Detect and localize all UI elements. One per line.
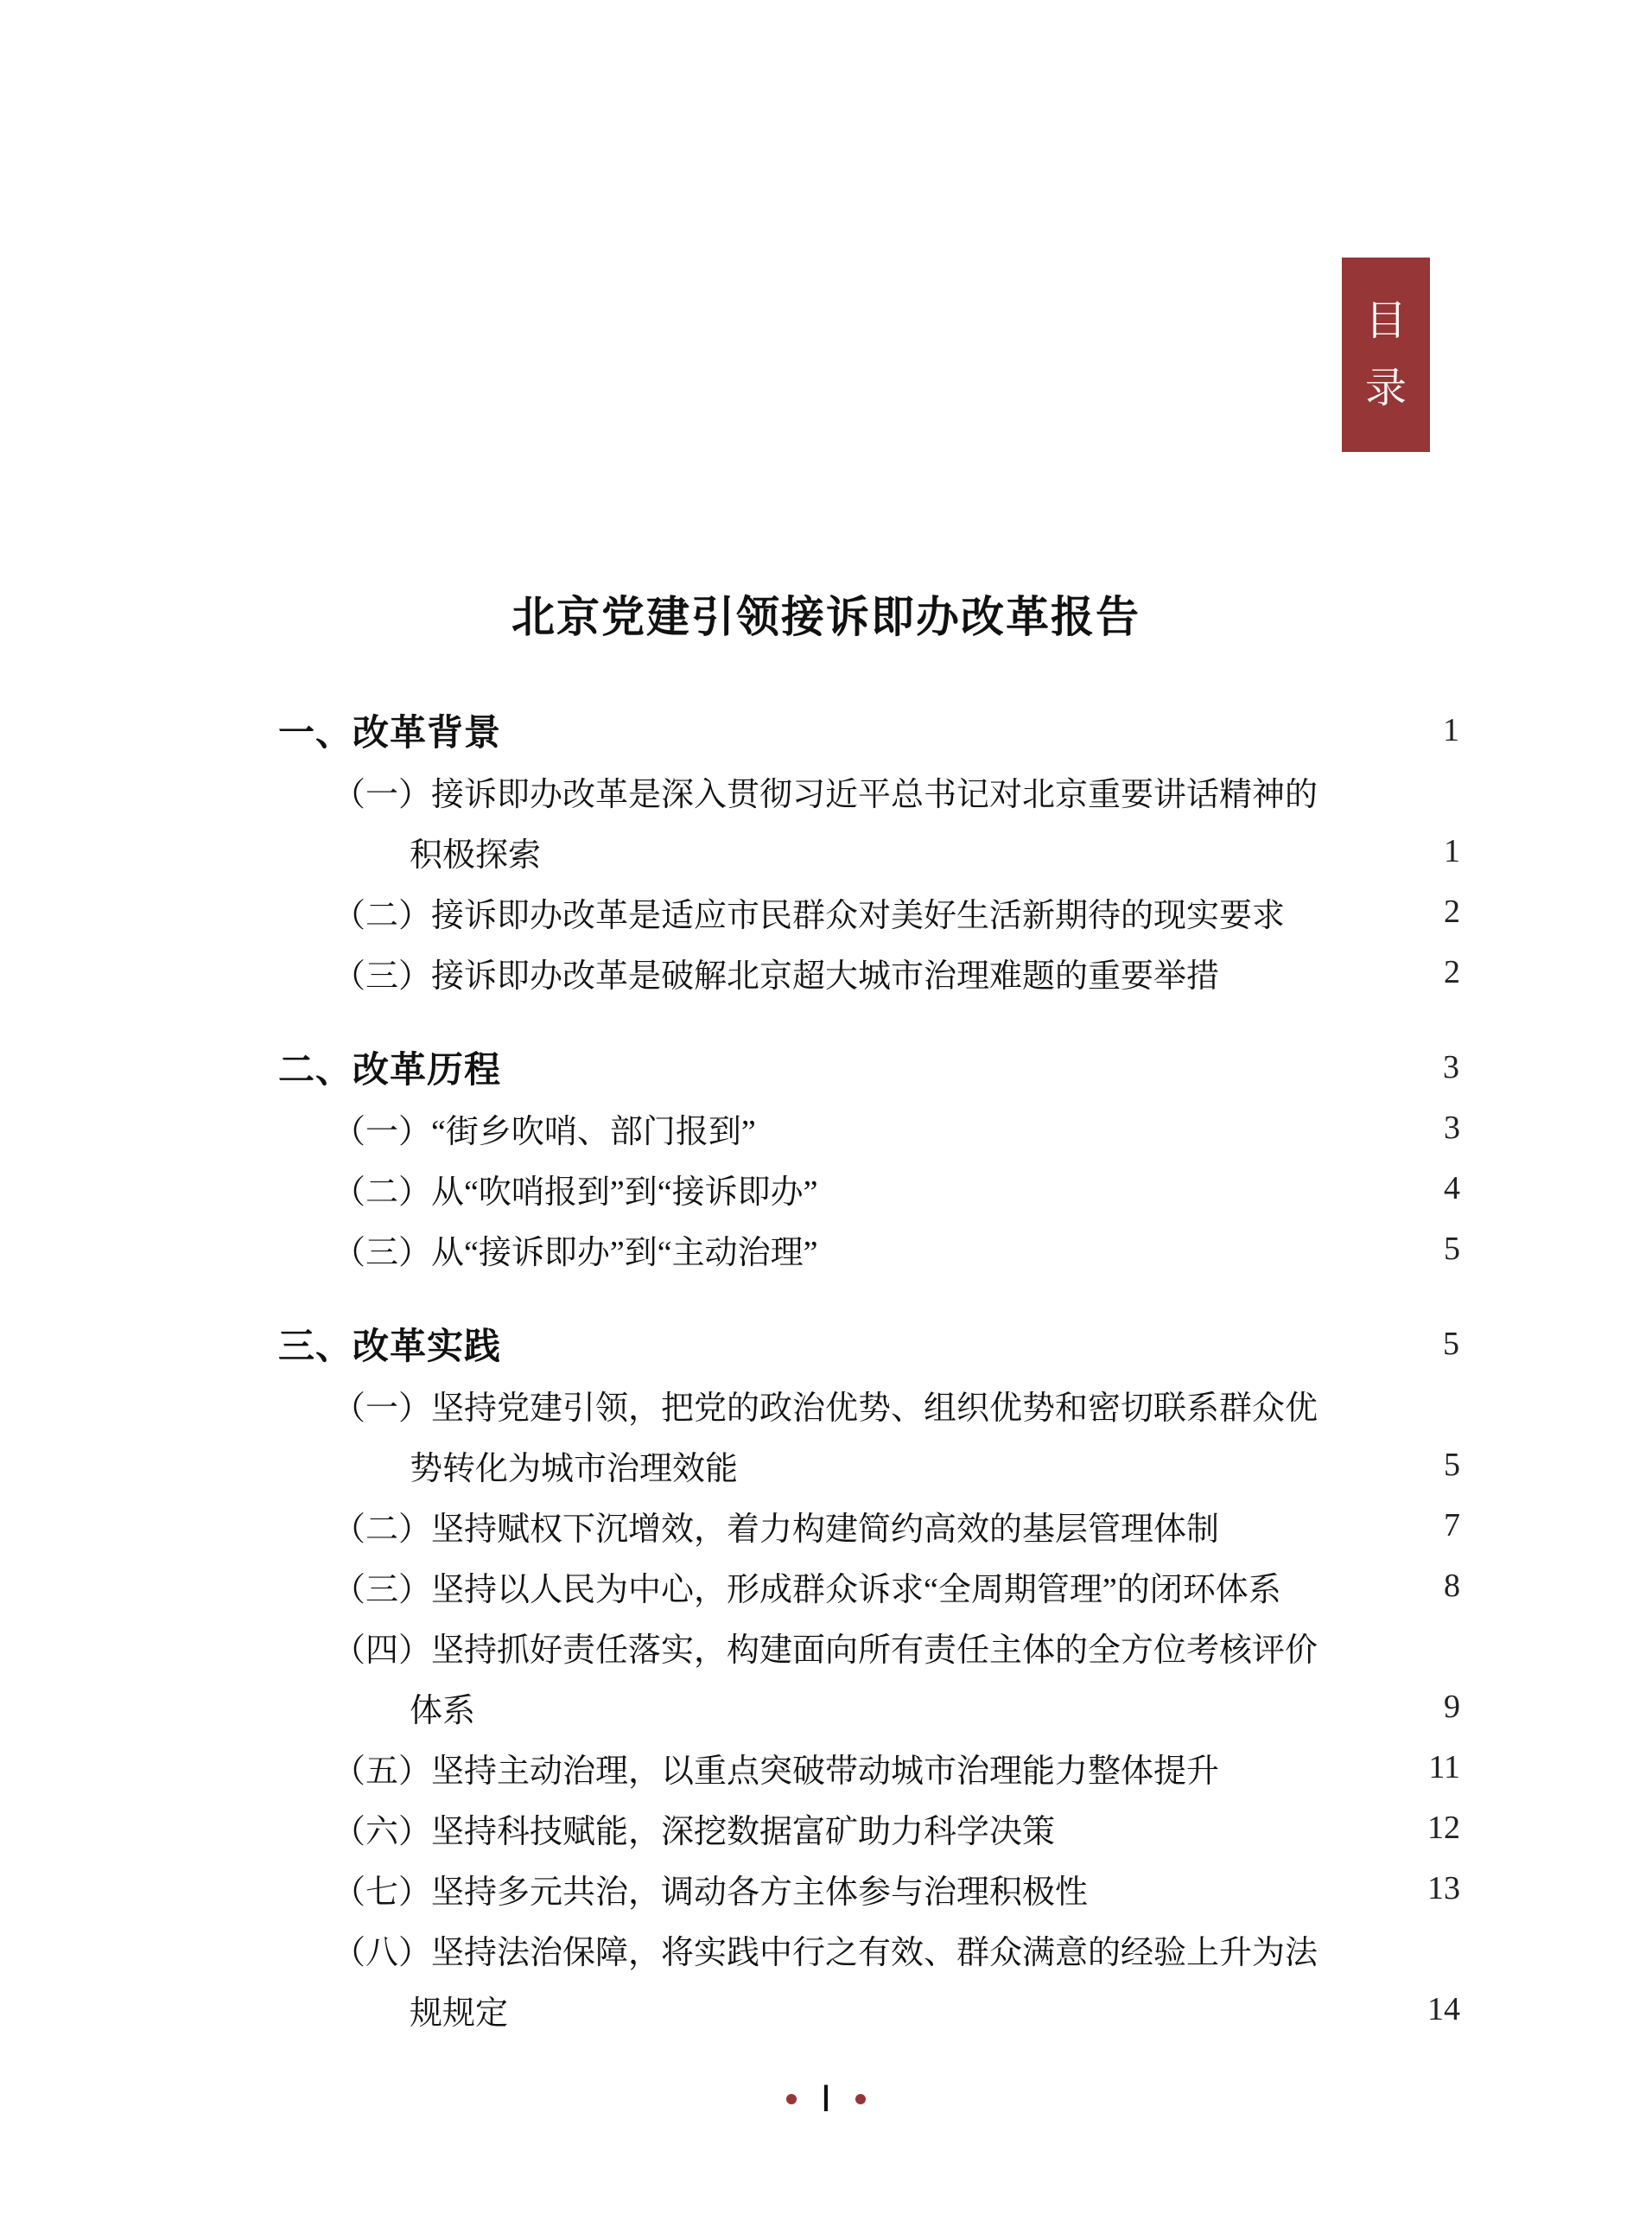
toc-page-number: 9 [1444, 1688, 1460, 1726]
toc-item-row-continuation: 势转化为城市治理效能 5 [278, 1435, 1460, 1495]
toc-page-number: 5 [1444, 1446, 1460, 1484]
toc-page-number: 2 [1444, 893, 1460, 931]
toc-item-row: （五）坚持主动治理，以重点突破带动城市治理能力整体提升 11 [278, 1737, 1460, 1798]
toc-section-label: 一、改革背景 [278, 704, 501, 756]
toc-page-number: 3 [1444, 1109, 1460, 1147]
toc-item-row: （四）坚持抓好责任落实，构建面向所有责任主体的全方位考核评价 [278, 1616, 1460, 1677]
toc-section-label: 二、改革历程 [278, 1041, 501, 1093]
toc-page-number: 4 [1444, 1169, 1460, 1207]
toc-item-text: （七）坚持多元共治，调动各方主体参与治理积极性 [333, 1865, 1088, 1912]
toc-item-row: （三）接诉即办改革是破解北京超大城市治理难题的重要举措 2 [278, 942, 1460, 1002]
footer-dot-icon [786, 2094, 797, 2104]
toc-corner-tab: 目 录 [1342, 258, 1430, 452]
toc-item-row-continuation: 积极探索 1 [278, 821, 1460, 881]
toc-item-text: （一）坚持党建引领，把党的政治优势、组织优势和密切联系群众优 [333, 1381, 1318, 1429]
toc-page-number: 7 [1444, 1506, 1460, 1544]
toc-page-number: 1 [1443, 711, 1460, 749]
toc-item-text: （三）接诉即办改革是破解北京超大城市治理难题的重要举措 [333, 949, 1219, 996]
toc-page-number: 8 [1444, 1567, 1460, 1605]
toc-item-row: （六）坚持科技赋能，深挖数据富矿助力科学决策 12 [278, 1798, 1460, 1858]
toc-page-number: 1 [1444, 832, 1460, 870]
toc-item-text: 积极探索 [410, 828, 541, 875]
toc-item-row-continuation: 规规定 14 [278, 1979, 1460, 2040]
toc-item-row: （三）坚持以人民为中心，形成群众诉求“全周期管理”的闭环体系 8 [278, 1556, 1460, 1616]
toc-item-row: （二）坚持赋权下沉增效，着力构建简约高效的基层管理体制 7 [278, 1495, 1460, 1556]
toc-item-row: （八）坚持法治保障，将实践中行之有效、群众满意的经验上升为法 [278, 1919, 1460, 1979]
toc-page-number: 5 [1444, 1230, 1460, 1268]
toc-item-text: （二）接诉即办改革是适应市民群众对美好生活新期待的现实要求 [333, 888, 1285, 936]
toc-item-row: （七）坚持多元共治，调动各方主体参与治理积极性 13 [278, 1858, 1460, 1919]
toc-page-number: 13 [1427, 1869, 1460, 1907]
toc-item-text: （一）“街乡吹哨、部门报到” [333, 1104, 756, 1152]
toc-item-text: （三）从“接诉即办”到“主动治理” [333, 1225, 817, 1273]
toc-page-number: 5 [1443, 1325, 1460, 1363]
toc-tab-char-2: 录 [1365, 368, 1407, 410]
toc-item-text: 规规定 [410, 1986, 508, 2033]
toc-item-text: （六）坚持科技赋能，深挖数据富矿助力科学决策 [333, 1804, 1055, 1852]
toc-item-row: （一）“街乡吹哨、部门报到” 3 [278, 1098, 1460, 1158]
footer-page-number: Ⅰ [821, 2081, 831, 2117]
document-page: 目 录 北京党建引领接诉即办改革报告 一、改革背景 1 （一）接诉即办改革是深入… [0, 0, 1652, 2240]
toc-section-row: 二、改革历程 3 [278, 1037, 1460, 1098]
page-footer: Ⅰ [0, 2081, 1652, 2117]
toc-item-row: （二）从“吹哨报到”到“接诉即办” 4 [278, 1158, 1460, 1219]
toc-page-number: 14 [1427, 1990, 1460, 2028]
toc-section-row: 一、改革背景 1 [278, 700, 1460, 760]
toc-item-row: （三）从“接诉即办”到“主动治理” 5 [278, 1219, 1460, 1279]
toc-page-number: 12 [1427, 1809, 1460, 1847]
toc-item-text: （二）从“吹哨报到”到“接诉即办” [333, 1165, 817, 1212]
toc-item-row: （一）接诉即办改革是深入贯彻习近平总书记对北京重要讲话精神的 [278, 760, 1460, 821]
toc-item-row-continuation: 体系 9 [278, 1677, 1460, 1737]
toc-tab-char-1: 目 [1365, 301, 1407, 342]
footer-dot-icon [855, 2094, 866, 2104]
document-title: 北京党建引领接诉即办改革报告 [0, 591, 1652, 643]
table-of-contents: 一、改革背景 1 （一）接诉即办改革是深入贯彻习近平总书记对北京重要讲话精神的 … [278, 700, 1460, 2040]
toc-page-number: 2 [1444, 953, 1460, 991]
toc-item-text: （一）接诉即办改革是深入贯彻习近平总书记对北京重要讲话精神的 [333, 767, 1318, 815]
toc-item-text: （三）坚持以人民为中心，形成群众诉求“全周期管理”的闭环体系 [333, 1562, 1281, 1610]
toc-item-text: （五）坚持主动治理，以重点突破带动城市治理能力整体提升 [333, 1744, 1219, 1791]
toc-item-text: 体系 [410, 1683, 475, 1731]
toc-section-label: 三、改革实践 [278, 1318, 501, 1370]
toc-item-row: （二）接诉即办改革是适应市民群众对美好生活新期待的现实要求 2 [278, 881, 1460, 942]
toc-page-number: 11 [1428, 1748, 1460, 1786]
toc-item-text: （二）坚持赋权下沉增效，着力构建简约高效的基层管理体制 [333, 1502, 1219, 1550]
toc-section-row: 三、改革实践 5 [278, 1314, 1460, 1374]
toc-item-text: （八）坚持法治保障，将实践中行之有效、群众满意的经验上升为法 [333, 1925, 1318, 1973]
toc-item-row: （一）坚持党建引领，把党的政治优势、组织优势和密切联系群众优 [278, 1374, 1460, 1435]
toc-item-text: 势转化为城市治理效能 [410, 1441, 738, 1489]
toc-page-number: 3 [1443, 1048, 1460, 1086]
toc-item-text: （四）坚持抓好责任落实，构建面向所有责任主体的全方位考核评价 [333, 1623, 1318, 1670]
